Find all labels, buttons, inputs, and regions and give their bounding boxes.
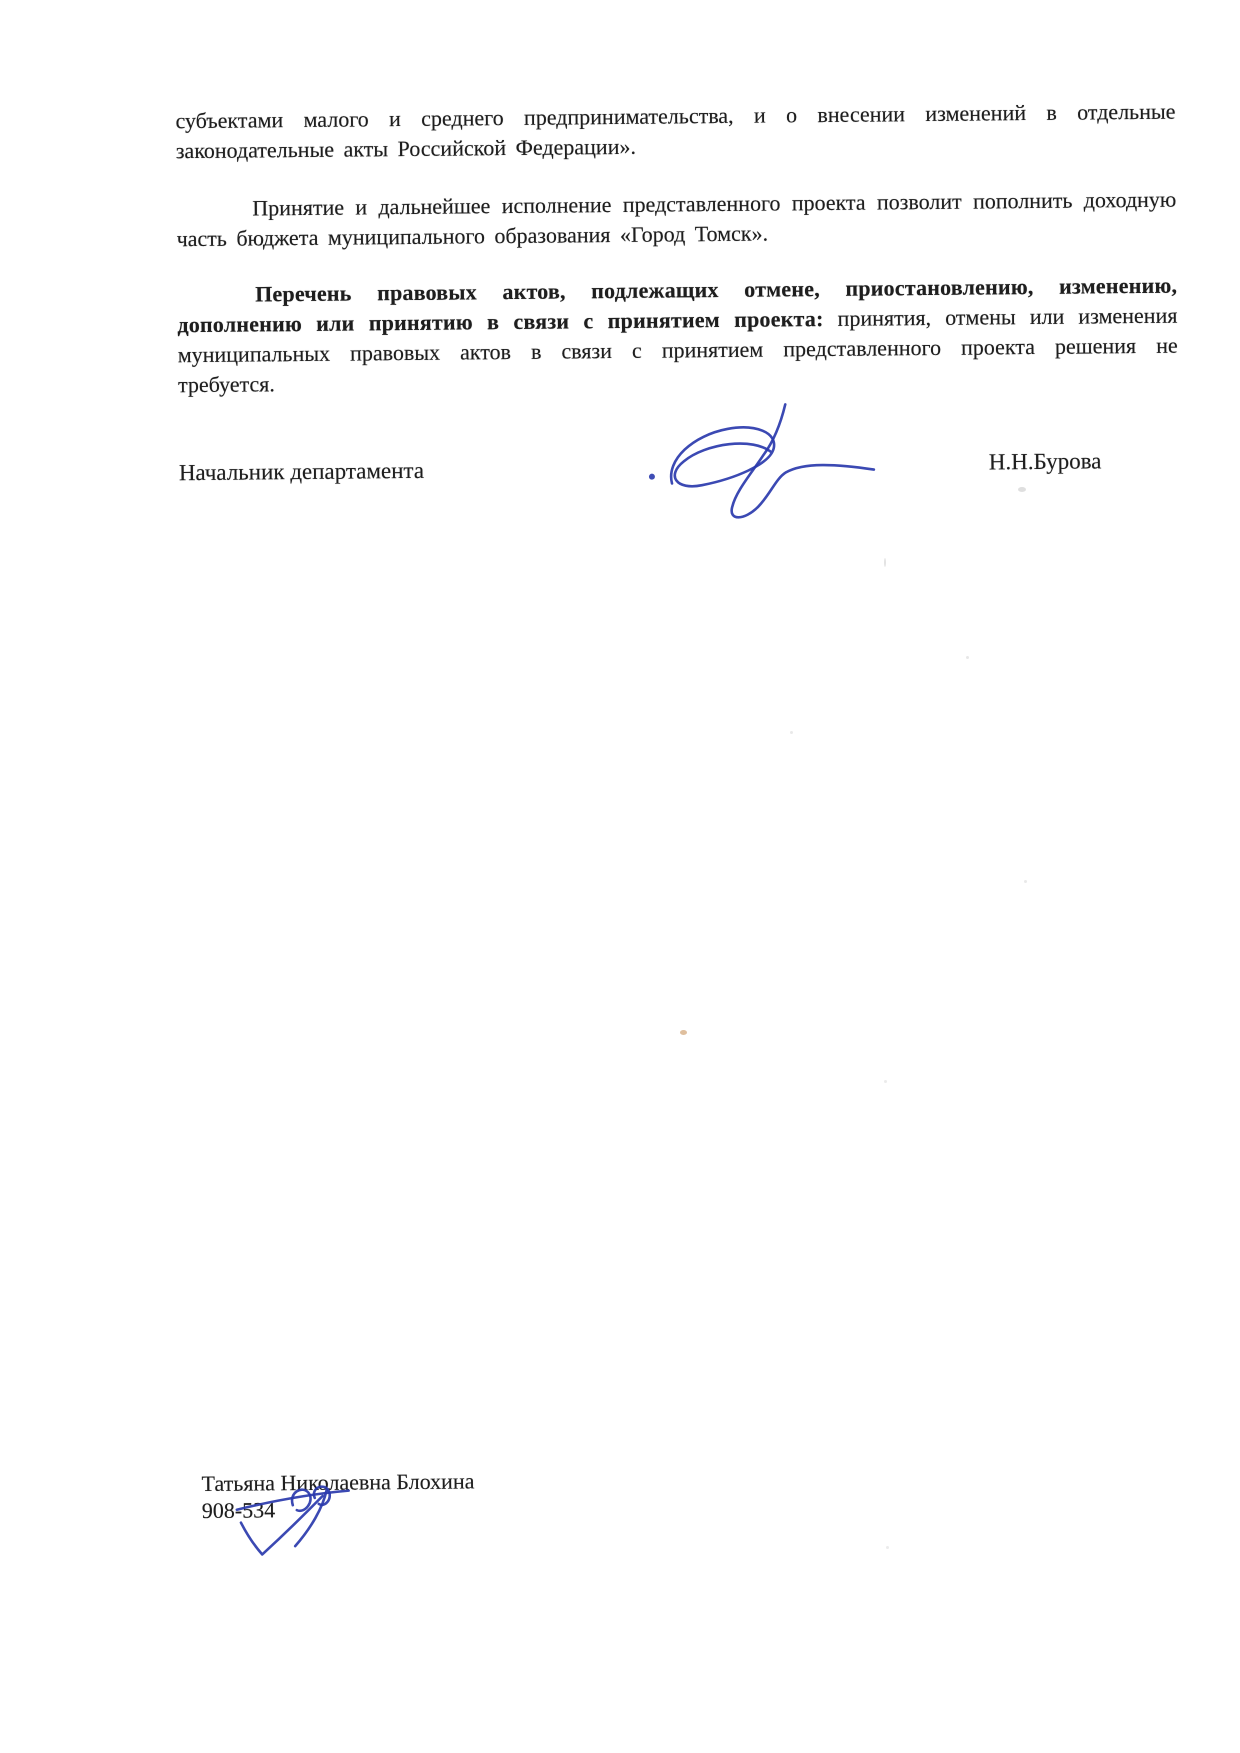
scan-speck xyxy=(1018,487,1026,492)
signer-position-label: Начальник департамента xyxy=(179,458,424,486)
scan-speck xyxy=(886,1546,889,1549)
document-page: субъектами малого и среднего предпринима… xyxy=(0,0,1240,1753)
handwritten-signature-icon xyxy=(635,393,886,530)
scan-speck xyxy=(884,1080,887,1083)
scan-speck xyxy=(966,656,969,659)
paragraph-law-reference: субъектами малого и среднего предпринима… xyxy=(175,97,1176,167)
paragraph-budget-effect: Принятие и дальнейшее исполнение предста… xyxy=(176,185,1177,255)
scan-speck xyxy=(884,558,886,567)
scan-speck xyxy=(1024,880,1027,883)
signer-name: Н.Н.Бурова xyxy=(989,448,1102,475)
scan-speck xyxy=(680,1030,687,1035)
signature-ink-dot xyxy=(649,474,655,480)
document-text-block: субъектами малого и среднего предпринима… xyxy=(175,97,1178,401)
paragraph-acts-list: Перечень правовых актов, подлежащих отме… xyxy=(177,271,1178,401)
scan-tilt-layer: субъектами малого и среднего предпринима… xyxy=(0,0,1240,1753)
executor-signature-icon xyxy=(231,1482,367,1571)
scan-speck xyxy=(790,731,793,734)
